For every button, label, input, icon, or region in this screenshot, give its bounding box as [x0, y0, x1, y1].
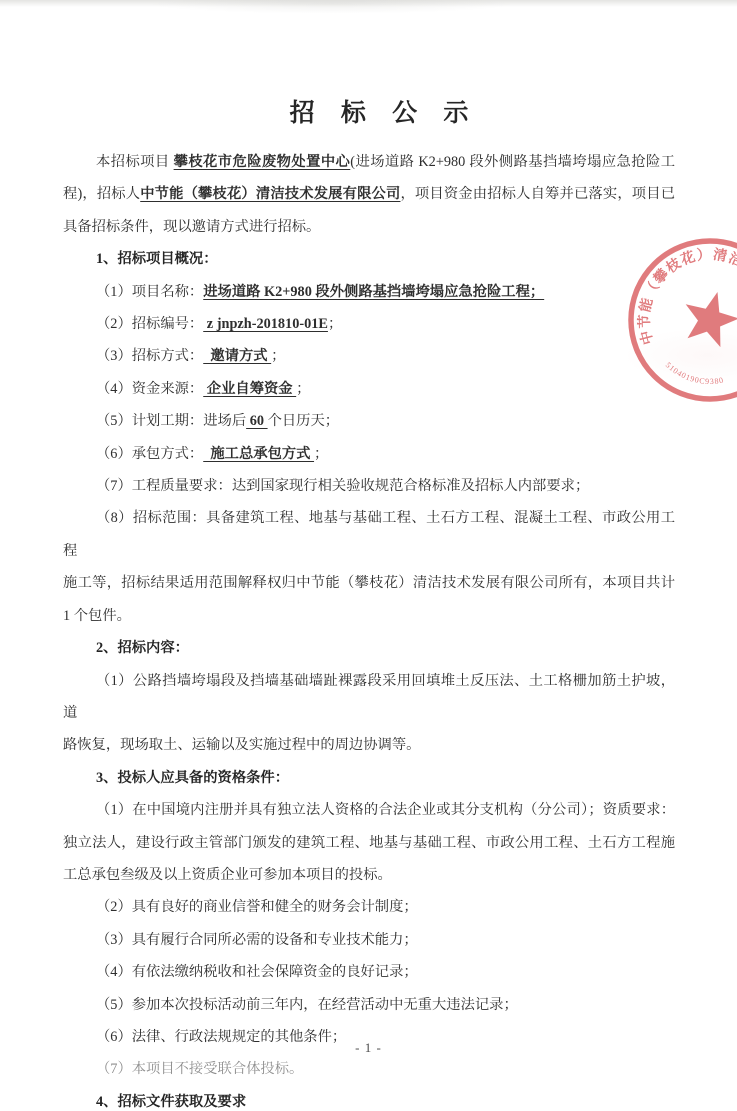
section-2-heading: 2、招标内容： — [63, 632, 675, 664]
project-center-name: 攀枝花市危险废物处置中心 — [174, 154, 351, 170]
section-4-heading: 4、招标文件获取及要求 — [63, 1086, 675, 1111]
item-tail: ； — [271, 348, 285, 364]
intro-line-2: 程)，招标人中节能（攀枝花）清洁技术发展有限公司，项目资金由招标人自筹并已落实，… — [63, 178, 675, 210]
qualification-4: （4）有依法缴纳税收和社会保障资金的良好记录； — [63, 956, 675, 988]
intro-text: (进场道路 K2+980 段外侧路基挡墙垮塌应急抢险工 — [350, 154, 675, 170]
section-3-heading: 3、投标人应具备的资格条件： — [63, 762, 675, 794]
document-content: 招 标 公 示 本招标项目 攀枝花市危险废物处置中心(进场道路 K2+980 段… — [63, 97, 675, 1111]
page-number: - 1 - — [0, 1040, 737, 1056]
item-tender-scope-line-3: 1 个包件。 — [63, 600, 675, 632]
item-project-name: （1）项目名称：进场道路 K2+980 段外侧路基挡墙垮塌应急抢险工程； — [63, 276, 675, 308]
qualification-2: （2）具有良好的商业信誉和健全的财务会计制度； — [63, 891, 675, 923]
funding-source-value: 企业自筹资金 — [203, 381, 296, 397]
item-tail: 个日历天； — [268, 413, 339, 429]
item-label: （3）招标方式： — [96, 348, 203, 364]
intro-text: 本招标项目 — [96, 154, 174, 170]
item-tender-method: （3）招标方式： 邀请方式 ； — [63, 340, 675, 372]
intro-text: ，项目资金由招标人自筹并已落实，项目已 — [400, 186, 675, 202]
item-contract-method: （6）承包方式： 施工总承包方式 ； — [63, 438, 675, 470]
item-tender-scope-line-2: 施工等，招标结果适用范围解释权归中节能（攀枝花）清洁技术发展有限公司所有，本项目… — [63, 567, 675, 599]
intro-line-3: 具备招标条件，现以邀请方式进行招标。 — [63, 211, 675, 243]
qualification-5: （5）参加本次投标活动前三年内，在经营活动中无重大违法记录； — [63, 989, 675, 1021]
intro-text: 程)，招标人 — [63, 186, 140, 202]
intro-line-1: 本招标项目 攀枝花市危险废物处置中心(进场道路 K2+980 段外侧路基挡墙垮塌… — [63, 146, 675, 178]
item-tail: ； — [296, 381, 310, 397]
qualification-1-line-3: 工总承包叁级及以上资质企业可参加本项目的投标。 — [63, 859, 675, 891]
tenderer-company-name: 中节能（攀枝花）清洁技术发展有限公司 — [140, 186, 400, 202]
item-funding-source: （4）资金来源： 企业自筹资金 ； — [63, 373, 675, 405]
item-label: （5）计划工期： — [96, 413, 203, 429]
star-icon — [686, 292, 737, 347]
page-title: 招 标 公 示 — [63, 97, 675, 131]
qualification-1-line-1: （1）在中国境内注册并具有独立法人资格的合法企业或其分支机构（分公司）；资质要求… — [63, 794, 675, 826]
item-quality-requirement: （7）工程质量要求：达到国家现行相关验收规范合格标准及招标人内部要求； — [63, 470, 675, 502]
section-1-heading: 1、招标项目概况： — [63, 243, 675, 275]
duration-days-value: 60 — [246, 413, 267, 429]
contract-method-value: 施工总承包方式 — [203, 446, 314, 462]
qualification-7: （7）本项目不接受联合体投标。 — [63, 1053, 675, 1085]
item-planned-duration: （5）计划工期：进场后 60 个日历天； — [63, 405, 675, 437]
qualification-1-line-2: 独立法人，建设行政主管部门颁发的建筑工程、地基与基础工程、市政公用工程、土石方工… — [63, 827, 675, 859]
duration-pre: 进场后 — [203, 413, 246, 429]
item-tender-scope-line-1: （8）招标范围：具备建筑工程、地基与基础工程、土石方工程、混凝土工程、市政公用工… — [63, 502, 675, 567]
document-page: 招 标 公 示 本招标项目 攀枝花市危险废物处置中心(进场道路 K2+980 段… — [0, 0, 737, 1111]
item-label: （1）项目名称： — [96, 284, 203, 300]
qualification-3: （3）具有履行合同所必需的设备和专业技术能力； — [63, 924, 675, 956]
tender-method-value: 邀请方式 — [203, 348, 271, 364]
item-tail: ； — [328, 316, 342, 332]
tender-number-value: z jnpzh-201810-01E — [203, 316, 328, 332]
item-tail: ； — [314, 446, 328, 462]
item-label: （4）资金来源： — [96, 381, 203, 397]
project-name-value: 进场道路 K2+980 段外侧路基挡墙垮塌应急抢险工程； — [203, 284, 544, 300]
item-label: （2）招标编号： — [96, 316, 203, 332]
item-tender-number: （2）招标编号： z jnpzh-201810-01E； — [63, 308, 675, 340]
tender-content-line-2: 路恢复，现场取土、运输以及实施过程中的周边协调等。 — [63, 729, 675, 761]
tender-content-line-1: （1）公路挡墙垮塌段及挡墙基础墙趾裸露段采用回填堆土反压法、土工格栅加筋土护坡，… — [63, 665, 675, 730]
item-label: （6）承包方式： — [96, 446, 203, 462]
